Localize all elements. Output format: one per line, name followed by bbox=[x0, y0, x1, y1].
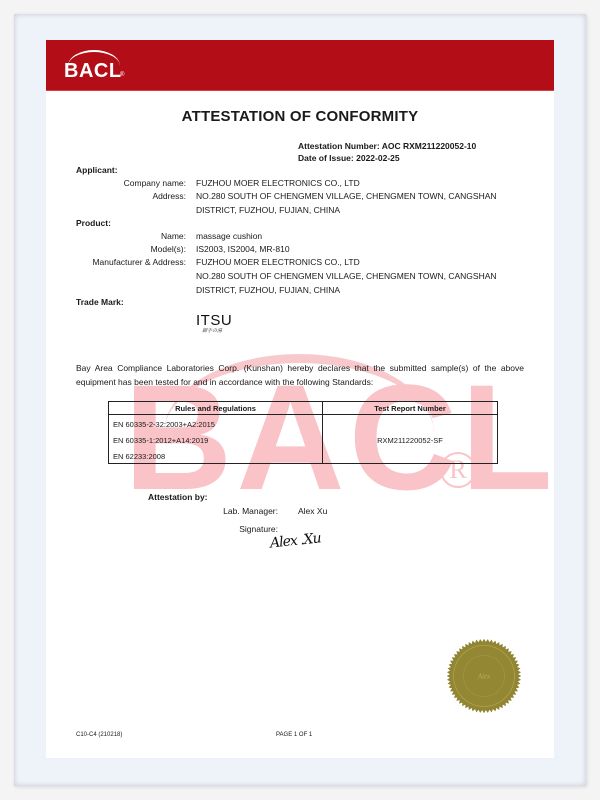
certificate-content: ATTESTATION OF CONFORMITY Attestation Nu… bbox=[46, 40, 554, 758]
applicant-heading: Applicant: bbox=[76, 165, 118, 175]
manufacturer-value: FUZHOU MOER ELECTRONICS CO., LTD bbox=[196, 256, 526, 268]
form-code: C10-C4 (210218) bbox=[76, 732, 122, 738]
models-value: IS2003, IS2004, MR-810 bbox=[196, 243, 526, 255]
rule-cell: EN 62233:2008 bbox=[109, 447, 323, 464]
attestation-by-heading: Attestation by: bbox=[148, 492, 208, 502]
page-title: ATTESTATION OF CONFORMITY bbox=[46, 108, 554, 125]
lab-manager-label: Lab. Manager: bbox=[196, 506, 278, 516]
signature-label: Signature: bbox=[196, 524, 278, 534]
trademark-heading: Trade Mark: bbox=[76, 297, 124, 307]
attestation-number: Attestation Number: AOC RXM211220052-10 bbox=[298, 140, 476, 152]
date-of-issue: Date of Issue: 2022-02-25 bbox=[298, 152, 476, 164]
manufacturer-address-line2: DISTRICT, FUZHOU, FUJIAN, CHINA bbox=[196, 284, 526, 296]
lab-manager-value: Alex Xu bbox=[298, 506, 327, 516]
trademark-logo: ITSU 御手の湯 bbox=[196, 312, 232, 334]
standards-table: Rules and Regulations Test Report Number… bbox=[108, 401, 498, 464]
declaration-text: Bay Area Compliance Laboratories Corp. (… bbox=[76, 361, 524, 389]
address-line1: NO.280 SOUTH OF CHENGMEN VILLAGE, CHENGM… bbox=[196, 190, 526, 202]
company-value: FUZHOU MOER ELECTRONICS CO., LTD bbox=[196, 177, 526, 189]
report-header: Test Report Number bbox=[323, 402, 498, 415]
product-heading: Product: bbox=[76, 218, 111, 228]
product-name-value: massage cushion bbox=[196, 230, 526, 242]
rules-header: Rules and Regulations bbox=[109, 402, 323, 415]
manufacturer-label: Manufacturer & Address: bbox=[46, 256, 186, 268]
svg-text:Alex: Alex bbox=[477, 673, 490, 680]
rule-cell: EN 60335-1:2012+A14:2019 bbox=[109, 431, 323, 447]
address-line2: DISTRICT, FUZHOU, FUJIAN, CHINA bbox=[196, 204, 526, 216]
page-number: PAGE 1 OF 1 bbox=[276, 732, 312, 738]
gold-seal-icon: Alex bbox=[446, 638, 522, 714]
company-label: Company name: bbox=[46, 177, 186, 189]
models-label: Model(s): bbox=[46, 243, 186, 255]
report-number-cell: RXM211220052-SF bbox=[323, 415, 498, 464]
attestation-info: Attestation Number: AOC RXM211220052-10 … bbox=[298, 140, 476, 164]
manufacturer-address-line1: NO.280 SOUTH OF CHENGMEN VILLAGE, CHENGM… bbox=[196, 270, 526, 282]
product-name-label: Name: bbox=[46, 230, 186, 242]
address-label: Address: bbox=[46, 190, 186, 202]
table-row: EN 60335-2-32:2003+A2:2015 RXM211220052-… bbox=[109, 415, 498, 432]
rule-cell: EN 60335-2-32:2003+A2:2015 bbox=[109, 415, 323, 432]
certificate-page: BACL ® BACL R ATTESTATION OF CONFORMITY … bbox=[46, 40, 554, 758]
